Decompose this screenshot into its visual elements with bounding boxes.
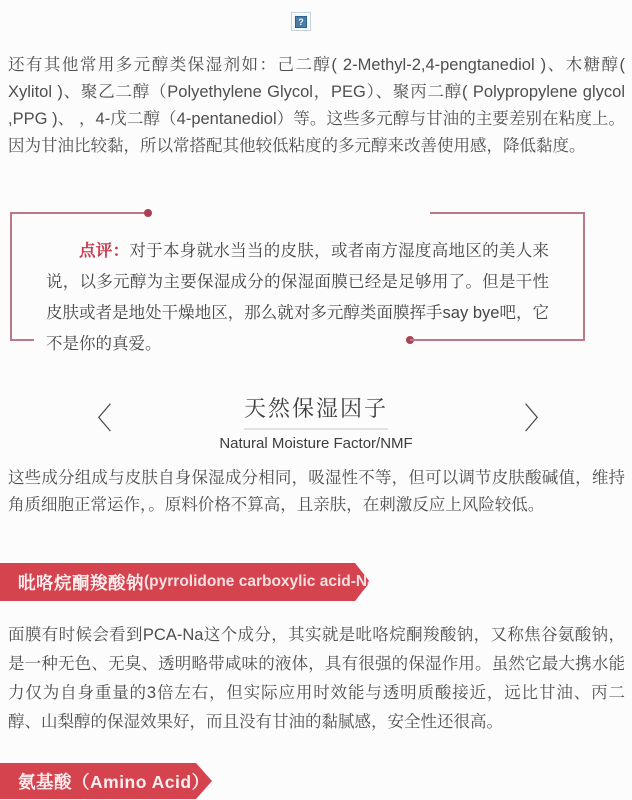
article-page: ? 还有其他常用多元醇类保湿剂如：己二醇( 2-Methyl-2,4-pengt… [0, 0, 632, 800]
section-title: 天然保湿因子 [244, 392, 388, 430]
ribbon-pca-english-label: (pyrrolidone carboxylic acid-Na) [144, 573, 381, 591]
question-mark-icon: ? [295, 16, 307, 28]
ribbon-amino-chinese-label: 氨基酸 [18, 769, 72, 794]
right-angle-bracket-icon: 〉 [524, 394, 554, 438]
comment-box: 点评：对于本身就水当当的皮肤，或者南方湿度高地区的美人来说，以多元醇为主要保湿成… [10, 212, 585, 341]
ribbon-banner-amino-acid: 氨基酸 （Amino Acid） [0, 763, 212, 799]
comment-box-border-top-left [10, 212, 148, 214]
comment-label: 点评： [79, 242, 129, 260]
nmf-paragraph: 这些成分组成与皮肤自身保湿成分相同，吸湿性不等，但可以调节皮肤酸碱值，维持角质细… [8, 465, 625, 519]
comment-paragraph: 点评：对于本身就水当当的皮肤，或者南方湿度高地区的美人来说，以多元醇为主要保湿成… [10, 236, 585, 360]
ribbon-pca-chinese-label: 吡咯烷酮羧酸钠 [18, 570, 144, 595]
intro-paragraph: 还有其他常用多元醇类保湿剂如：己二醇( 2-Methyl-2,4-pengtan… [8, 52, 625, 160]
section-header: 〈 天然保湿因子 Natural Moisture Factor/NMF 〉 [0, 392, 632, 452]
ribbon-banner-pca: 吡咯烷酮羧酸钠 (pyrrolidone carboxylic acid-Na) [0, 563, 370, 601]
comment-box-dot-top [144, 209, 152, 217]
broken-image-placeholder-icon: ? [291, 12, 311, 31]
comment-box-border-top-right [430, 212, 585, 214]
pca-paragraph: 面膜有时候会看到PCA-Na这个成分，其实就是吡咯烷酮羧酸钠，又称焦谷氨酸钠，是… [8, 621, 625, 737]
ribbon-amino-english-label: （Amino Acid） [72, 769, 210, 794]
